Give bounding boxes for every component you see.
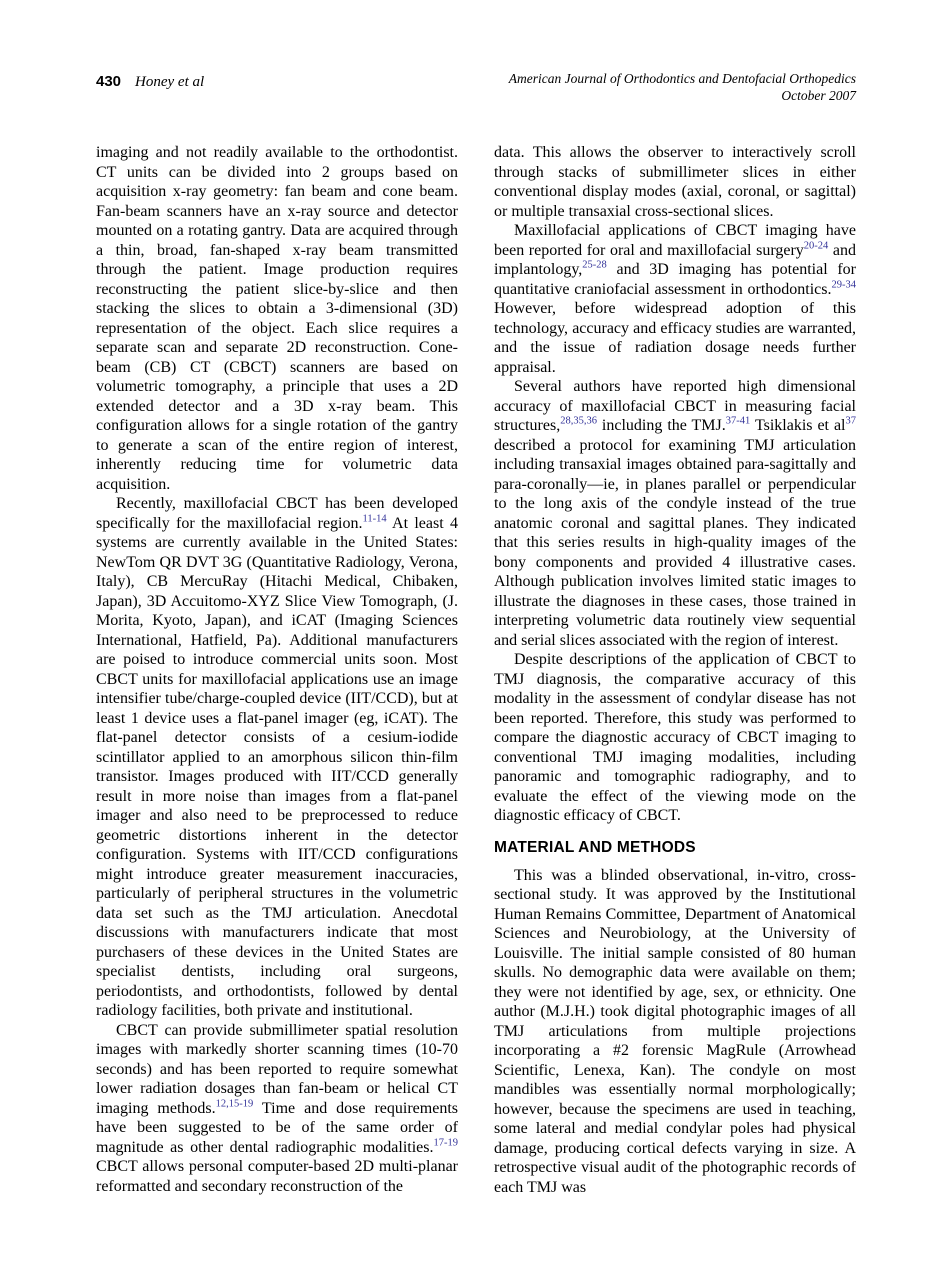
citation-ref[interactable]: 28,35,36 bbox=[560, 416, 597, 427]
citation-ref[interactable]: 17-19 bbox=[434, 1137, 459, 1148]
journal-page: 430Honey et al American Journal of Ortho… bbox=[0, 0, 950, 1272]
paragraph: CBCT can provide submillimeter spatial r… bbox=[96, 1021, 458, 1197]
paragraph: imaging and not readily available to the… bbox=[96, 143, 458, 494]
citation-ref[interactable]: 37-41 bbox=[726, 416, 751, 427]
page-number: 430 bbox=[96, 73, 121, 90]
citation-ref[interactable]: 37 bbox=[846, 416, 857, 427]
article-body: imaging and not readily available to the… bbox=[96, 143, 856, 1197]
citation-ref[interactable]: 11-14 bbox=[363, 513, 387, 524]
citation-ref[interactable]: 12,15-19 bbox=[216, 1098, 254, 1109]
citation-ref[interactable]: 29-34 bbox=[832, 279, 857, 290]
paragraph: This was a blinded observational, in-vit… bbox=[494, 866, 856, 1198]
running-authors: Honey et al bbox=[135, 74, 204, 90]
paragraph: Several authors have reported high dimen… bbox=[494, 377, 856, 650]
page-header: 430Honey et al American Journal of Ortho… bbox=[96, 70, 856, 104]
running-head-left: 430Honey et al bbox=[96, 70, 204, 91]
section-heading: MATERIAL AND METHODS bbox=[494, 839, 856, 857]
running-head-right: American Journal of Orthodontics and Den… bbox=[509, 70, 856, 104]
left-column: imaging and not readily available to the… bbox=[96, 143, 458, 1197]
paragraph: Maxillofacial applications of CBCT imagi… bbox=[494, 221, 856, 377]
citation-ref[interactable]: 20-24 bbox=[804, 240, 829, 251]
citation-ref[interactable]: 25-28 bbox=[582, 260, 607, 271]
paragraph: Recently, maxillofacial CBCT has been de… bbox=[96, 494, 458, 1021]
right-column: data. This allows the observer to intera… bbox=[494, 143, 856, 1197]
paragraph: data. This allows the observer to intera… bbox=[494, 143, 856, 221]
journal-title: American Journal of Orthodontics and Den… bbox=[509, 70, 856, 87]
issue-date: October 2007 bbox=[509, 87, 856, 104]
paragraph: Despite descriptions of the application … bbox=[494, 650, 856, 826]
